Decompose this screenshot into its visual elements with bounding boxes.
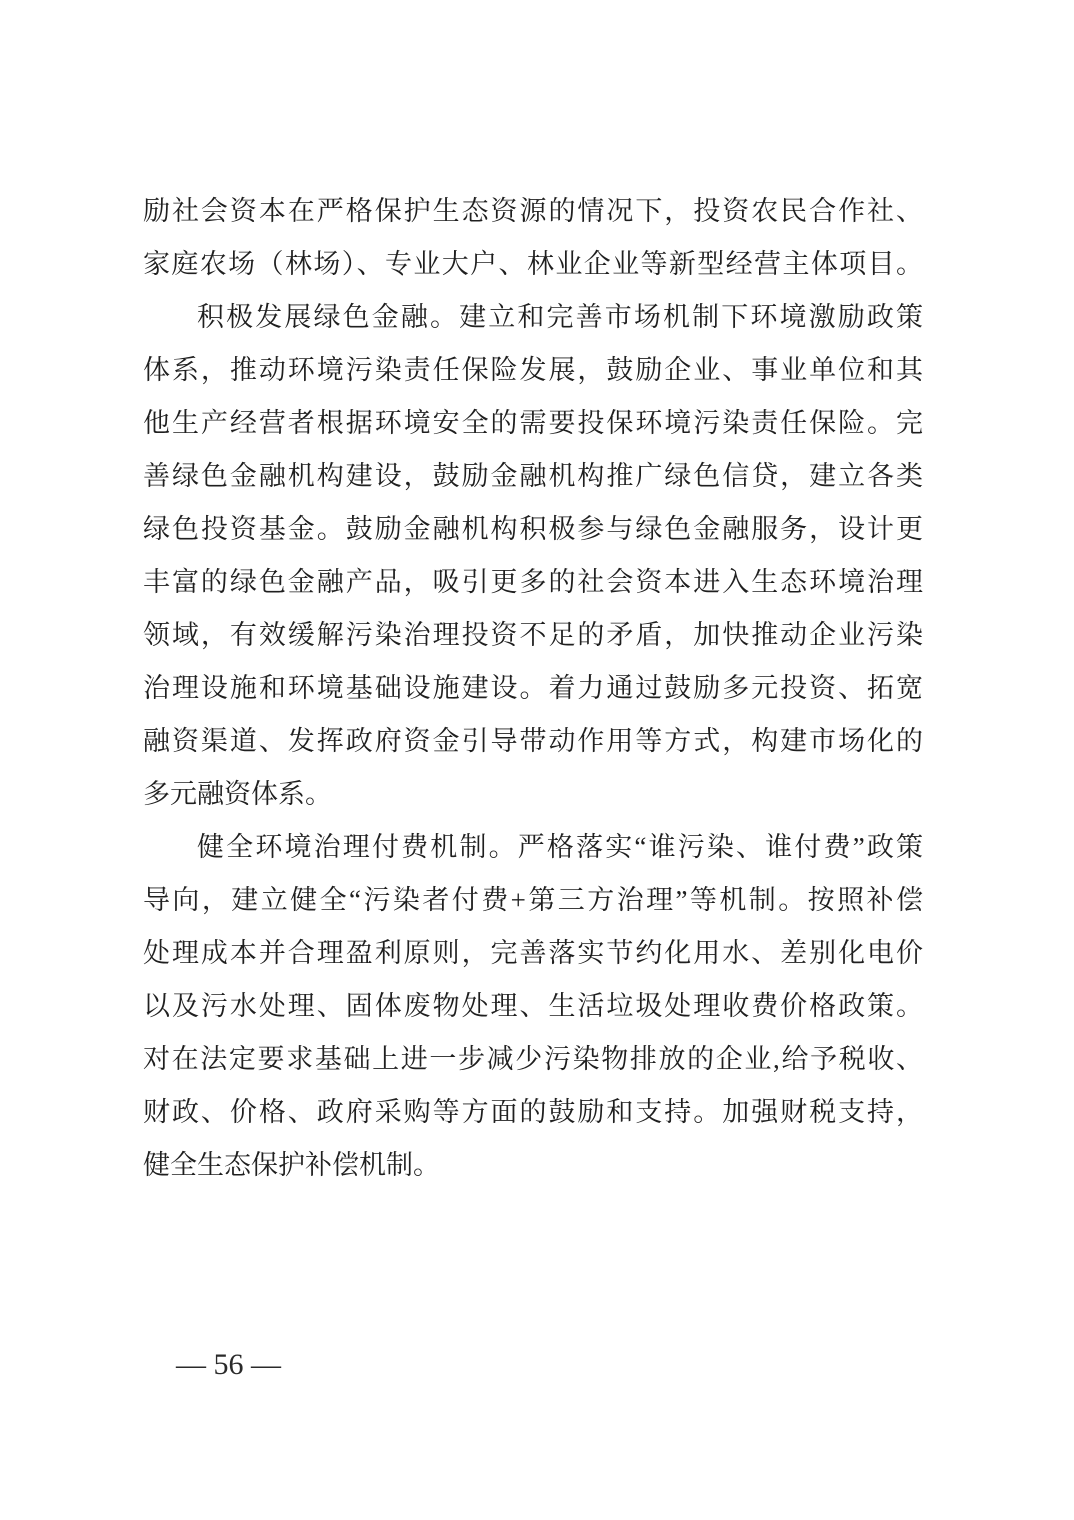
text-line: 治理设施和环境基础设施建设。着力通过鼓励多元投资、拓宽 [143,662,923,715]
page-number: — 56 — [176,1348,281,1381]
text-line: 对在法定要求基础上进一步减少污染物排放的企业,给予税收、 [143,1033,923,1086]
text-line: 体系，推动环境污染责任保险发展，鼓励企业、事业单位和其 [143,344,923,397]
text-line: 健全生态保护补偿机制。 [143,1139,923,1192]
text-line: 积极发展绿色金融。建立和完善市场机制下环境激励政策 [143,291,923,344]
paragraph: 积极发展绿色金融。建立和完善市场机制下环境激励政策体系，推动环境污染责任保险发展… [143,291,923,821]
text-line: 家庭农场（林场）、专业大户、林业企业等新型经营主体项目。 [143,238,923,291]
body-text: 励社会资本在严格保护生态资源的情况下，投资农民合作社、家庭农场（林场）、专业大户… [143,185,923,1192]
text-line: 处理成本并合理盈利原则，完善落实节约化用水、差别化电价 [143,927,923,980]
text-line: 健全环境治理付费机制。严格落实“谁污染、谁付费”政策 [143,821,923,874]
text-line: 善绿色金融机构建设，鼓励金融机构推广绿色信贷，建立各类 [143,450,923,503]
text-line: 励社会资本在严格保护生态资源的情况下，投资农民合作社、 [143,185,923,238]
paragraph: 健全环境治理付费机制。严格落实“谁污染、谁付费”政策导向，建立健全“污染者付费+… [143,821,923,1192]
document-page: 励社会资本在严格保护生态资源的情况下，投资农民合作社、家庭农场（林场）、专业大户… [0,0,1074,1520]
page-footer: — 56 — [176,1347,281,1383]
text-line: 以及污水处理、固体废物处理、生活垃圾处理收费价格政策。 [143,980,923,1033]
text-line: 他生产经营者根据环境安全的需要投保环境污染责任保险。完 [143,397,923,450]
paragraph: 励社会资本在严格保护生态资源的情况下，投资农民合作社、家庭农场（林场）、专业大户… [143,185,923,291]
text-line: 多元融资体系。 [143,768,923,821]
text-line: 绿色投资基金。鼓励金融机构积极参与绿色金融服务，设计更 [143,503,923,556]
text-line: 财政、价格、政府采购等方面的鼓励和支持。加强财税支持， [143,1086,923,1139]
text-line: 领域，有效缓解污染治理投资不足的矛盾，加快推动企业污染 [143,609,923,662]
text-line: 导向，建立健全“污染者付费+第三方治理”等机制。按照补偿 [143,874,923,927]
text-line: 丰富的绿色金融产品，吸引更多的社会资本进入生态环境治理 [143,556,923,609]
text-line: 融资渠道、发挥政府资金引导带动作用等方式，构建市场化的 [143,715,923,768]
